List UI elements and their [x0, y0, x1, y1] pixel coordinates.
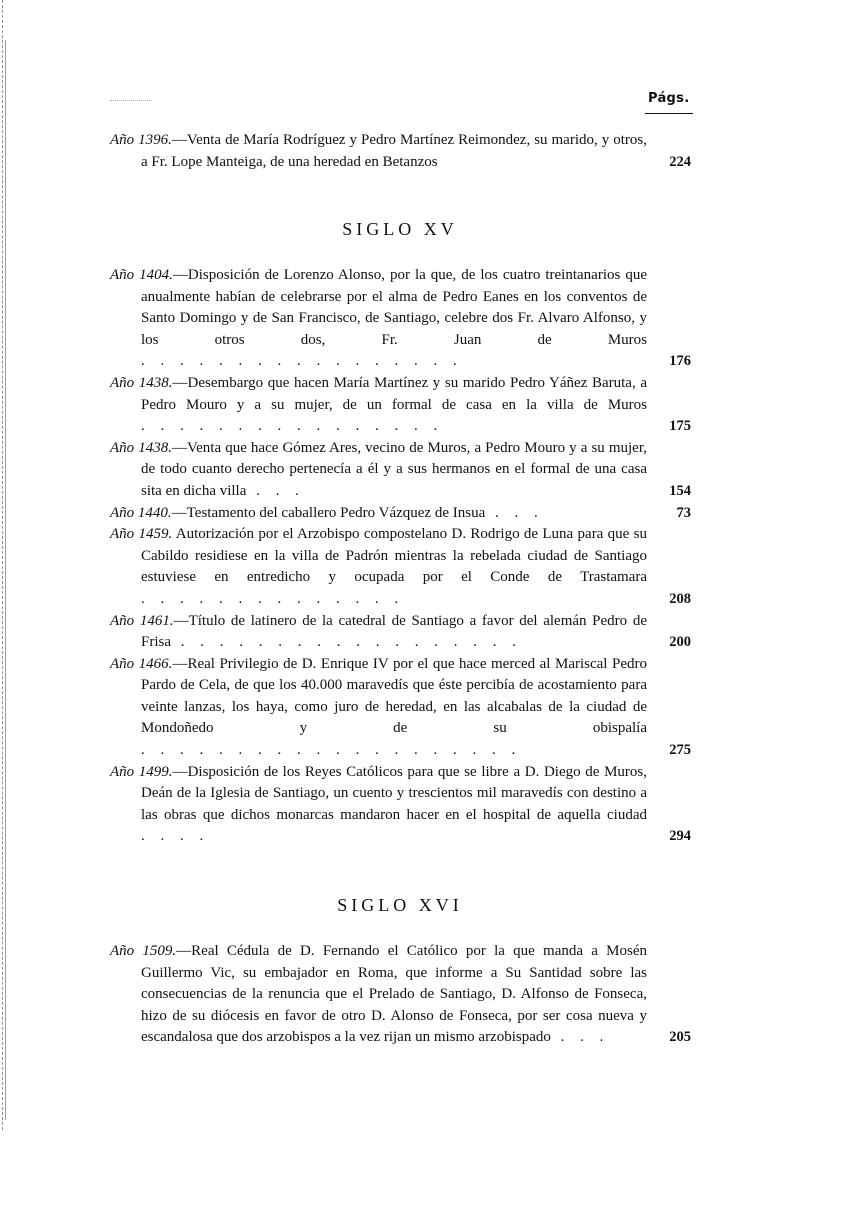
scan-dots [110, 92, 152, 101]
entry-text: —Venta que hace Gómez Ares, vecino de Mu… [141, 440, 647, 499]
entry-year: Año 1438. [110, 440, 172, 456]
index-entry: Año 1440.—Testamento del caballero Pedro… [110, 503, 691, 525]
entry-year: Año 1440. [110, 505, 172, 521]
document-page: Págs. Año 1396.—Venta de María Rodríguez… [0, 0, 850, 1216]
entry-text: —Disposición de Lorenzo Alonso, por la q… [141, 267, 647, 348]
scan-edge-artifact [5, 40, 11, 1120]
index-entry: Año 1404.—Disposición de Lorenzo Alonso,… [110, 265, 691, 373]
entry-page-number: 176 [669, 351, 691, 373]
pages-label-underline [645, 113, 693, 114]
entry-page-number: 294 [669, 826, 691, 848]
index-entry: Año 1396.—Venta de María Rodríguez y Ped… [110, 130, 691, 173]
dot-leader: . . . [485, 505, 544, 521]
index-entry: Año 1459. Autorización por el Arzobispo … [110, 524, 691, 610]
dot-leader: . . . . . . . . . . . . . . . . . . [171, 634, 522, 650]
entry-page-number: 175 [669, 416, 691, 438]
entry-text: Autorización por el Arzobispo compostela… [141, 526, 647, 585]
dot-leader: . . . . . . . . . . . . . . . . . . . . [141, 742, 521, 758]
entry-text: —Disposición de los Reyes Católicos para… [141, 764, 647, 823]
entry-year: Año 1509. [110, 943, 176, 959]
entry-page-number: 208 [669, 589, 691, 611]
index-entry: Año 1509.—Real Cédula de D. Fernando el … [110, 941, 691, 1049]
entry-year: Año 1396. [110, 132, 172, 148]
dot-leader: . . . . . . . . . . . . . . [141, 591, 404, 607]
entry-year: Año 1438. [110, 375, 173, 391]
intro-entries: Año 1396.—Venta de María Rodríguez y Ped… [110, 130, 691, 173]
entry-year: Año 1466. [110, 656, 172, 672]
entry-page-number: 154 [669, 481, 691, 503]
index-entry: Año 1499.—Disposición de los Reyes Catól… [110, 762, 691, 848]
entry-year: Año 1459. [110, 526, 172, 542]
index-entry: Año 1438.—Venta que hace Gómez Ares, vec… [110, 438, 691, 503]
entry-year: Año 1404. [110, 267, 173, 283]
entry-text: —Real Privilegio de D. Enrique IV por el… [141, 656, 647, 737]
dot-leader: . . . [246, 483, 305, 499]
index-entry: Año 1438.—Desembargo que hacen María Mar… [110, 373, 691, 438]
pages-column-label: Págs. [648, 91, 689, 106]
entry-text: —Venta de María Rodríguez y Pedro Martín… [141, 132, 647, 170]
section-entries-siglo-xv: Año 1404.—Disposición de Lorenzo Alonso,… [110, 265, 691, 848]
dot-leader: . . . . . . . . . . . . . . . . . [141, 353, 463, 369]
dot-leader: . . . [551, 1029, 610, 1045]
section-title-siglo-xvi: SIGLO XVI [0, 895, 800, 916]
entry-page-number: 224 [669, 152, 691, 174]
dot-leader: . . . . . . . . . . . . . . . . [141, 418, 443, 434]
index-entry: Año 1461.—Título de latinero de la cated… [110, 611, 691, 654]
entry-page-number: 200 [669, 632, 691, 654]
entry-text: —Testamento del caballero Pedro Vázquez … [172, 505, 486, 521]
entry-year: Año 1461. [110, 613, 174, 629]
entry-page-number: 73 [677, 503, 692, 525]
dot-leader: . . . . [141, 828, 209, 844]
index-entry: Año 1466.—Real Privilegio de D. Enrique … [110, 654, 691, 762]
entry-text: —Desembargo que hacen María Martínez y s… [141, 375, 647, 413]
entry-page-number: 275 [669, 740, 691, 762]
entry-year: Año 1499. [110, 764, 173, 780]
entry-page-number: 205 [669, 1027, 691, 1049]
section-title-siglo-xv: SIGLO XV [0, 219, 800, 240]
section-entries-siglo-xvi: Año 1509.—Real Cédula de D. Fernando el … [110, 941, 691, 1049]
